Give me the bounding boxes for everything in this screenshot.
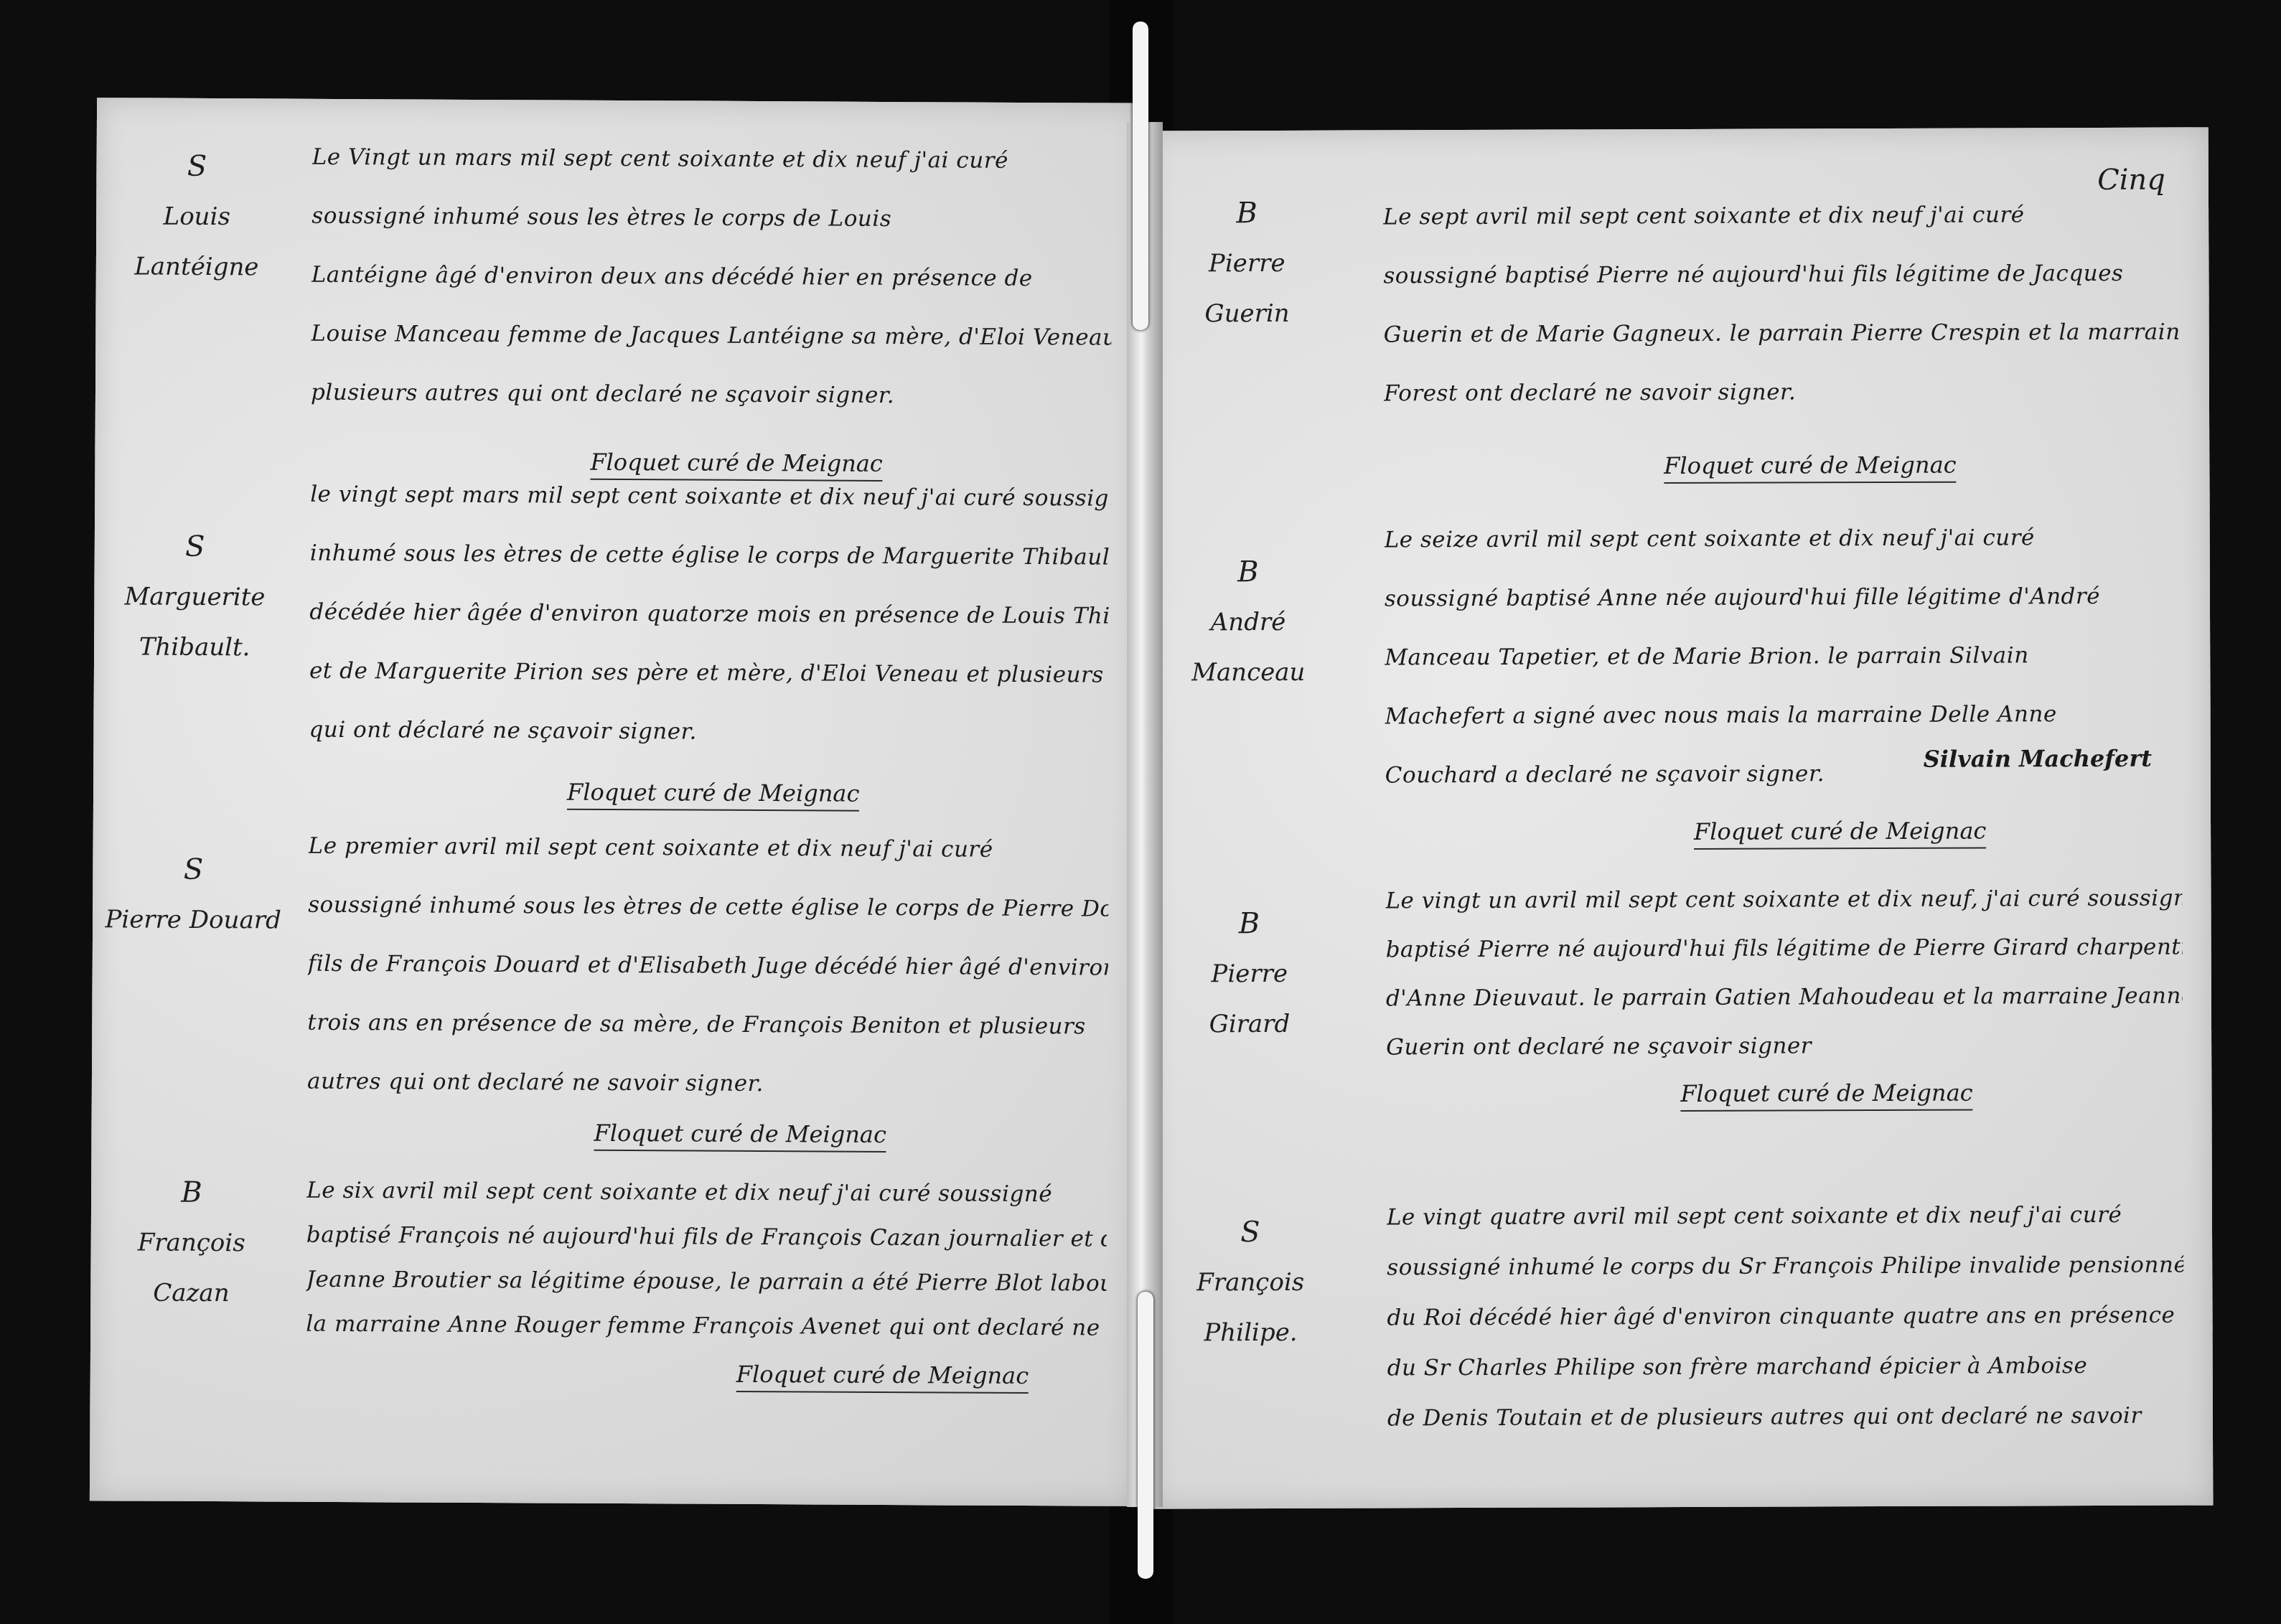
entry-line: Le Vingt un mars mil sept cent soixante …	[312, 128, 1112, 191]
entry-line: Le vingt un avril mil sept cent soixante…	[1385, 874, 2182, 926]
entry-line: baptisé François né aujourd'hui fils de …	[306, 1213, 1107, 1262]
margin-name: Girard	[1149, 999, 1350, 1050]
register-entry: B André Manceau Le seize avril mil sept …	[1148, 507, 2210, 511]
margin-name: François	[91, 1217, 292, 1268]
priest-signature: Floquet curé de Meignac	[1680, 1079, 1972, 1112]
margin-name: Louis	[96, 191, 297, 242]
entry-line: Manceau Tapetier, et de Marie Brion. le …	[1385, 626, 2181, 687]
entry-line: soussigné inhumé le corps du Sr François…	[1387, 1240, 2183, 1293]
entry-line: Le seize avril mil sept cent soixante et…	[1385, 508, 2181, 570]
margin-name: Cazan	[90, 1267, 291, 1318]
priest-signature: Floquet curé de Meignac	[594, 1120, 886, 1153]
margin-name: Thibault.	[94, 621, 295, 672]
margin-note: S Louis Lantéigne	[96, 141, 298, 292]
entry-line: du Roi décédé hier âgé d'environ cinquan…	[1387, 1290, 2183, 1343]
entry-line: Guerin et de Marie Gagneux. le parrain P…	[1384, 303, 2181, 365]
entry-type-code: S	[93, 844, 294, 895]
entry-type-code: B	[1148, 547, 1349, 598]
entry-type-code: S	[1150, 1207, 1351, 1258]
margin-name: Pierre	[1146, 238, 1347, 289]
margin-name: Guerin	[1146, 288, 1347, 339]
margin-note: B François Cazan	[90, 1167, 292, 1318]
entry-line: autres qui ont declaré ne savoir signer.	[307, 1052, 1107, 1115]
entry-text: Le vingt un avril mil sept cent soixante…	[1385, 874, 2183, 1072]
entry-line: Forest ont declaré ne savoir signer.	[1384, 362, 2181, 423]
register-entry: B François Cazan Le six avril mil sept c…	[91, 1167, 1135, 1173]
entry-line: Machefert a signé avec nous mais la marr…	[1385, 685, 2181, 746]
priest-signature: Floquet curé de Meignac	[1664, 451, 1956, 484]
entry-text: Le vingt quatre avril mil sept cent soix…	[1387, 1190, 2184, 1444]
priest-signature: Floquet curé de Meignac	[567, 779, 860, 812]
entry-line: la marraine Anne Rouger femme François A…	[306, 1302, 1106, 1351]
entry-line: d'Anne Dieuvaut. le parrain Gatien Mahou…	[1386, 972, 2183, 1023]
margin-name: François	[1150, 1257, 1351, 1308]
binding-thread-bottom	[1138, 1292, 1153, 1579]
entry-line: Le six avril mil sept cent soixante et d…	[306, 1168, 1107, 1217]
entry-type-code: B	[1148, 898, 1349, 949]
margin-note: B Pierre Girard	[1148, 898, 1350, 1050]
entry-line: Le sept avril mil sept cent soixante et …	[1383, 185, 2180, 247]
margin-note: B Pierre Guerin	[1146, 188, 1348, 339]
priest-signature: Floquet curé de Meignac	[1694, 817, 1986, 850]
entry-line: qui ont déclaré ne sçavoir signer.	[309, 700, 1109, 764]
entry-line: Louise Manceau femme de Jacques Lantéign…	[311, 304, 1111, 367]
entry-text: Le Vingt un mars mil sept cent soixante …	[311, 128, 1113, 426]
entry-line: soussigné inhumé sous les ètres le corps…	[312, 187, 1112, 250]
entry-line: trois ans en présence de sa mère, de Fra…	[307, 993, 1107, 1056]
register-entry: S Louis Lantéigne Le Vingt un mars mil s…	[97, 126, 1141, 132]
binding-thread-top	[1133, 22, 1148, 330]
witness-signature: Silvain Machefert	[1924, 745, 2152, 776]
entry-text: le vingt sept mars mil sept cent soixant…	[309, 465, 1110, 764]
margin-note: S François Philipe.	[1150, 1207, 1352, 1358]
margin-name: Pierre Douard	[93, 894, 294, 945]
margin-name: Manceau	[1148, 647, 1349, 698]
margin-note: S Pierre Douard	[93, 844, 294, 945]
entry-line: plusieurs autres qui ont declaré ne sçav…	[311, 363, 1111, 426]
entry-line: de Denis Toutain et de plusieurs autres …	[1387, 1391, 2184, 1444]
left-page: S Louis Lantéigne Le Vingt un mars mil s…	[90, 98, 1141, 1506]
entry-line: et de Marguerite Pirion ses père et mère…	[309, 642, 1110, 705]
entry-line: soussigné baptisé Anne née aujourd'hui f…	[1385, 567, 2181, 629]
entry-line: Le premier avril mil sept cent soixante …	[308, 817, 1108, 880]
register-entry: S François Philipe. Le vingt quatre avri…	[1150, 1189, 2212, 1193]
entry-text: Le premier avril mil sept cent soixante …	[307, 817, 1109, 1115]
entry-type-code: S	[96, 141, 297, 192]
register-entry: B Pierre Guerin Le sept avril mil sept c…	[1146, 184, 2209, 188]
register-entry: B Pierre Girard Le vingt un avril mil se…	[1148, 873, 2211, 877]
entry-line: Lantéigne âgé d'environ deux ans décédé …	[312, 245, 1112, 309]
entry-type-code: S	[95, 521, 296, 572]
entry-line: inhumé sous les ètres de cette église le…	[310, 524, 1110, 587]
entry-line: fils de François Douard et d'Elisabeth J…	[308, 934, 1108, 998]
margin-name: André	[1148, 597, 1349, 648]
entry-line: soussigné baptisé Pierre né aujourd'hui …	[1383, 244, 2180, 306]
margin-name: Philipe.	[1150, 1308, 1351, 1358]
margin-name: Pierre	[1149, 949, 1350, 1000]
entry-text: Le six avril mil sept cent soixante et d…	[306, 1168, 1107, 1351]
entry-type-code: B	[91, 1167, 292, 1218]
entry-text: Le sept avril mil sept cent soixante et …	[1383, 185, 2181, 423]
entry-line: Jeanne Broutier sa légitime épouse, le p…	[306, 1257, 1106, 1306]
margin-note: B André Manceau	[1148, 547, 1349, 698]
entry-line: soussigné inhumé sous les ètres de cette…	[308, 876, 1108, 939]
priest-signature: Floquet curé de Meignac	[736, 1361, 1029, 1394]
entry-line: du Sr Charles Philipe son frère marchand…	[1387, 1341, 2184, 1394]
entry-line: Le vingt quatre avril mil sept cent soix…	[1387, 1190, 2183, 1243]
entry-line: baptisé Pierre né aujourd'hui fils légit…	[1386, 923, 2183, 975]
margin-note: S Marguerite Thibault.	[94, 521, 296, 672]
right-page: Cinq B Pierre Guerin Le sept avril mil s…	[1146, 127, 2214, 1508]
entry-line: Guerin ont declaré ne sçavoir signer	[1386, 1020, 2183, 1072]
entry-type-code: B	[1146, 188, 1347, 239]
margin-name: Marguerite	[94, 571, 295, 622]
margin-name: Lantéigne	[96, 241, 297, 292]
entry-line: le vingt sept mars mil sept cent soixant…	[310, 465, 1110, 528]
register-entry: S Pierre Douard Le premier avril mil sep…	[93, 815, 1138, 821]
entry-line: décédée hier âgée d'environ quatorze moi…	[309, 583, 1110, 646]
